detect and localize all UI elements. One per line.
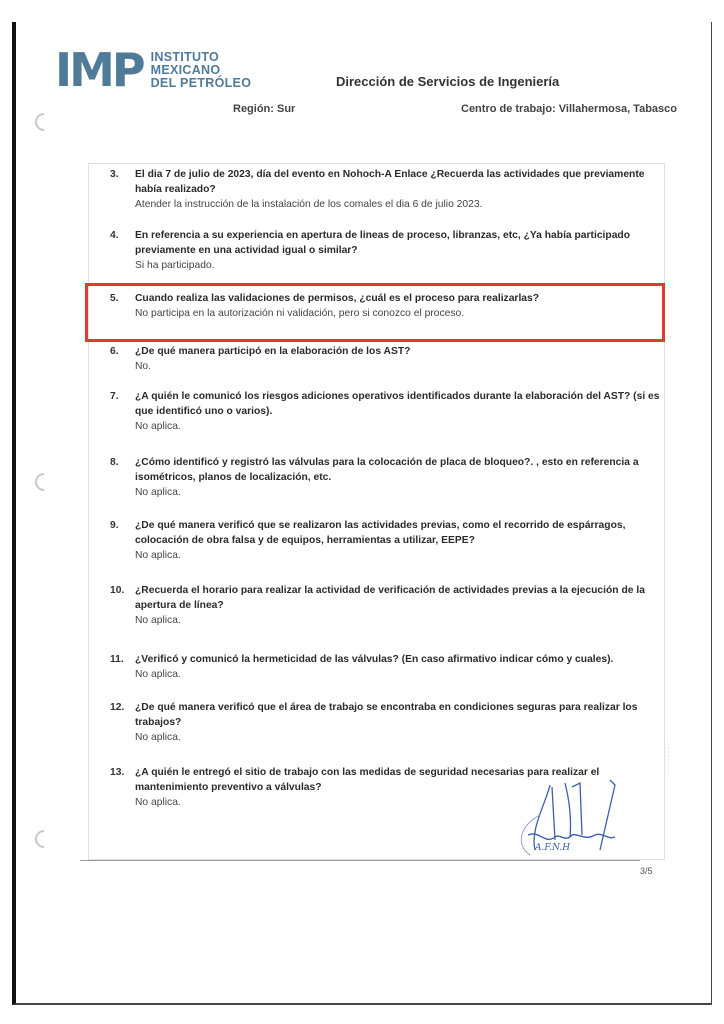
- question-item: 8.¿Cómo identificó y registró las válvul…: [110, 455, 660, 500]
- question-text: ¿Recuerda el horario para realizar la ac…: [135, 583, 660, 613]
- question-item: 11.¿Verificó y comunicó la hermeticidad …: [110, 652, 660, 682]
- page-number: 3/5: [640, 866, 653, 876]
- question-text: ¿Cómo identificó y registró las válvulas…: [135, 455, 660, 485]
- question-item: 12.¿De qué manera verificó que el área d…: [110, 700, 660, 745]
- question-number: 10.: [110, 583, 124, 598]
- question-text: En referencia a su experiencia en apertu…: [135, 228, 660, 258]
- answer-text: Atender la instrucción de la instalación…: [135, 197, 660, 212]
- question-text: ¿Verificó y comunicó la hermeticidad de …: [135, 652, 660, 667]
- logo-line: INSTITUTO: [151, 51, 252, 64]
- question-item: 9.¿De qué manera verificó que se realiza…: [110, 518, 660, 563]
- signature-icon: [510, 775, 630, 870]
- question-text: ¿De qué manera participó en la elaboraci…: [135, 344, 660, 359]
- answer-text: No.: [135, 359, 660, 374]
- footer-divider: [80, 860, 640, 861]
- question-number: 3.: [110, 167, 119, 182]
- question-item: 6.¿De qué manera participó en la elabora…: [110, 344, 660, 374]
- question-number: 12.: [110, 700, 124, 715]
- question-number: 4.: [110, 228, 119, 243]
- workcenter-label: Centro de trabajo: Villahermosa, Tabasco: [461, 103, 677, 115]
- question-item: 10.¿Recuerda el horario para realizar la…: [110, 583, 660, 628]
- initials: A.F.N.H: [535, 843, 570, 853]
- logo-mark: IMP: [55, 47, 143, 93]
- question-number: 13.: [110, 765, 124, 780]
- highlight-box: [85, 283, 665, 342]
- question-number: 7.: [110, 389, 119, 404]
- question-text: ¿A quién le comunicó los riesgos adicion…: [135, 389, 660, 419]
- answer-text: No aplica.: [135, 548, 660, 563]
- logo-text: INSTITUTO MEXICANO DEL PETRÓLEO: [151, 51, 252, 90]
- question-number: 6.: [110, 344, 119, 359]
- question-number: 8.: [110, 455, 119, 470]
- logo-line: MEXICANO: [151, 64, 252, 77]
- logo-line: DEL PETRÓLEO: [151, 77, 252, 90]
- region-label: Región: Sur: [233, 103, 295, 115]
- answer-text: No aplica.: [135, 485, 660, 500]
- question-text: El dia 7 de julio de 2023, día del event…: [135, 167, 660, 197]
- document-title: Dirección de Servicios de Ingeniería: [336, 74, 559, 89]
- answer-text: No aplica.: [135, 613, 660, 628]
- question-item: 3.El dia 7 de julio de 2023, día del eve…: [110, 167, 660, 212]
- answer-text: No aplica.: [135, 419, 660, 434]
- answer-text: No aplica.: [135, 667, 660, 682]
- question-item: 7.¿A quién le comunicó los riesgos adici…: [110, 389, 660, 434]
- answer-text: No aplica.: [135, 730, 660, 745]
- question-text: ¿De qué manera verificó que se realizaro…: [135, 518, 660, 548]
- question-number: 9.: [110, 518, 119, 533]
- imp-logo: IMP INSTITUTO MEXICANO DEL PETRÓLEO: [55, 47, 251, 93]
- question-item: 4.En referencia a su experiencia en aper…: [110, 228, 660, 273]
- document-code: · · · · · · · · · ·: [666, 740, 672, 775]
- question-number: 11.: [110, 652, 124, 667]
- question-text: ¿De qué manera verificó que el área de t…: [135, 700, 660, 730]
- answer-text: Si ha participado.: [135, 258, 660, 273]
